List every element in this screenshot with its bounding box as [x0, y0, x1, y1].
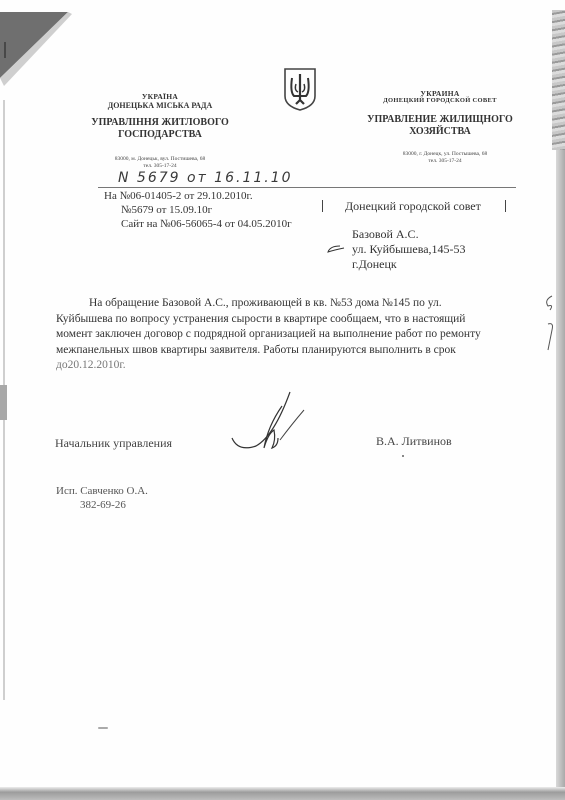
scan-left-mark	[0, 385, 7, 420]
bracket-right	[505, 200, 506, 212]
scan-speck	[402, 455, 404, 457]
right-header-department-2: ХОЗЯЙСТВА	[360, 126, 520, 138]
scan-right-edge-texture	[552, 10, 565, 150]
executor-phone: 382-69-26	[80, 498, 126, 512]
right-header-council: ДОНЕЦКИЙ ГОРОДСКОЙ СОВЕТ	[355, 97, 525, 104]
reference-1: На №06-01405-2 от 29.10.2010г.	[104, 189, 253, 203]
reference-3: Сайт на №06-56065-4 от 04.05.2010г	[121, 217, 292, 231]
addressee-name: Базовой А.С.	[352, 227, 419, 242]
body-line-2: Куйбышева по вопросу устранения сырости …	[56, 312, 540, 328]
signatory-name: В.А. Литвинов	[376, 434, 452, 449]
left-header-department-1: УПРАВЛІННЯ ЖИТЛОВОГО	[90, 117, 230, 129]
body-line-4: межпанельных швов квартиры заявителя. Ра…	[56, 343, 540, 359]
ukraine-trident-icon	[282, 66, 318, 112]
left-header-council: ДОНЕЦЬКА МІСЬКА РАДА	[90, 101, 230, 110]
executor-name: Исп. Савченко О.А.	[56, 484, 148, 498]
body-line-3: момент заключен договор с подрядной орга…	[56, 327, 540, 343]
handwritten-checkmark	[326, 244, 346, 254]
scanned-letter-page: УКРАЇНА ДОНЕЦЬКА МІСЬКА РАДА УПРАВЛІННЯ …	[0, 0, 565, 800]
bracket-left	[322, 200, 323, 212]
handwritten-outgoing-number: N 5679 от 16.11.10	[118, 170, 293, 186]
handwritten-signature	[228, 388, 308, 458]
scan-bottom-edge	[0, 787, 565, 800]
left-header-phone: тел. 305-17-24	[80, 162, 240, 170]
margin-handwritten-marks	[540, 290, 560, 360]
right-header-department-1: УПРАВЛЕНИЕ ЖИЛИЩНОГО	[360, 114, 520, 126]
right-header-phone: тел. 305-17-24	[370, 157, 520, 165]
left-header-department-2: ГОСПОДАРСТВА	[90, 129, 230, 141]
folded-corner-shadow	[0, 0, 120, 100]
scan-mark	[98, 727, 108, 729]
signatory-title: Начальник управления	[55, 436, 172, 451]
letter-body: На обращение Базовой А.С., проживающей в…	[56, 296, 540, 374]
body-line-5: до20.12.2010г.	[56, 358, 540, 374]
body-line-1: На обращение Базовой А.С., проживающей в…	[56, 296, 540, 312]
copy-to-recipient: Донецкий городской совет	[345, 199, 481, 214]
left-header-country: УКРАЇНА	[100, 92, 220, 101]
addressee-city: г.Донецк	[352, 257, 397, 272]
addressee-street: ул. Куйбышева,145-53	[352, 242, 466, 257]
header-divider-line	[98, 187, 516, 188]
reference-2: №5679 от 15.09.10г	[121, 203, 212, 217]
